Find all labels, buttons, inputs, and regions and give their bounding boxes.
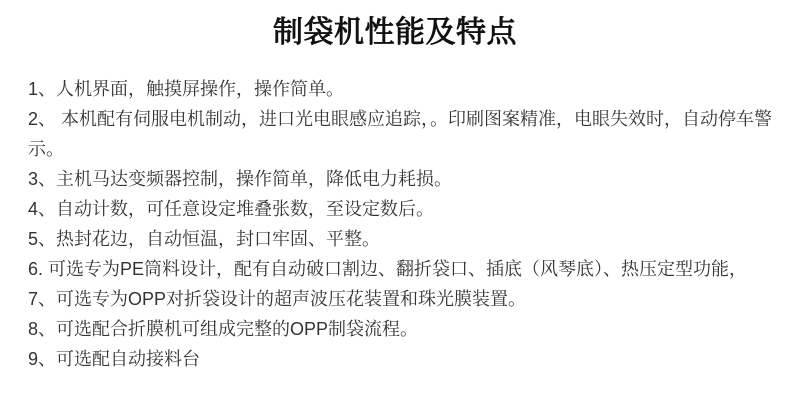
feature-item-2: 2、 本机配有伺服电机制动，进口光电眼感应追踪，。印刷图案精准，电眼失效时，自动… — [28, 104, 774, 164]
feature-item-4: 4、自动计数，可任意设定堆叠张数，至设定数后。 — [28, 194, 774, 224]
feature-item-3: 3、主机马达变频器控制，操作简单，降低电力耗损。 — [28, 164, 774, 194]
page-title: 制袋机性能及特点 — [0, 14, 790, 52]
feature-item-1: 1、人机界面，触摸屏操作，操作简单。 — [28, 74, 774, 104]
page: 制袋机性能及特点 1、人机界面，触摸屏操作，操作简单。 2、 本机配有伺服电机制… — [0, 0, 790, 420]
feature-item-6: 6. 可选专为PE筒料设计，配有自动破口割边、翻折袋口、插底（风琴底）、热压定型… — [28, 254, 774, 284]
feature-item-9: 9、可选配自动接料台 — [28, 344, 774, 374]
feature-item-7: 7、可选专为OPP对折袋设计的超声波压花装置和珠光膜装置。 — [28, 284, 774, 314]
feature-list: 1、人机界面，触摸屏操作，操作简单。 2、 本机配有伺服电机制动，进口光电眼感应… — [0, 74, 790, 374]
feature-item-5: 5、热封花边，自动恒温，封口牢固、平整。 — [28, 224, 774, 254]
feature-item-8: 8、可选配合折膜机可组成完整的OPP制袋流程。 — [28, 314, 774, 344]
